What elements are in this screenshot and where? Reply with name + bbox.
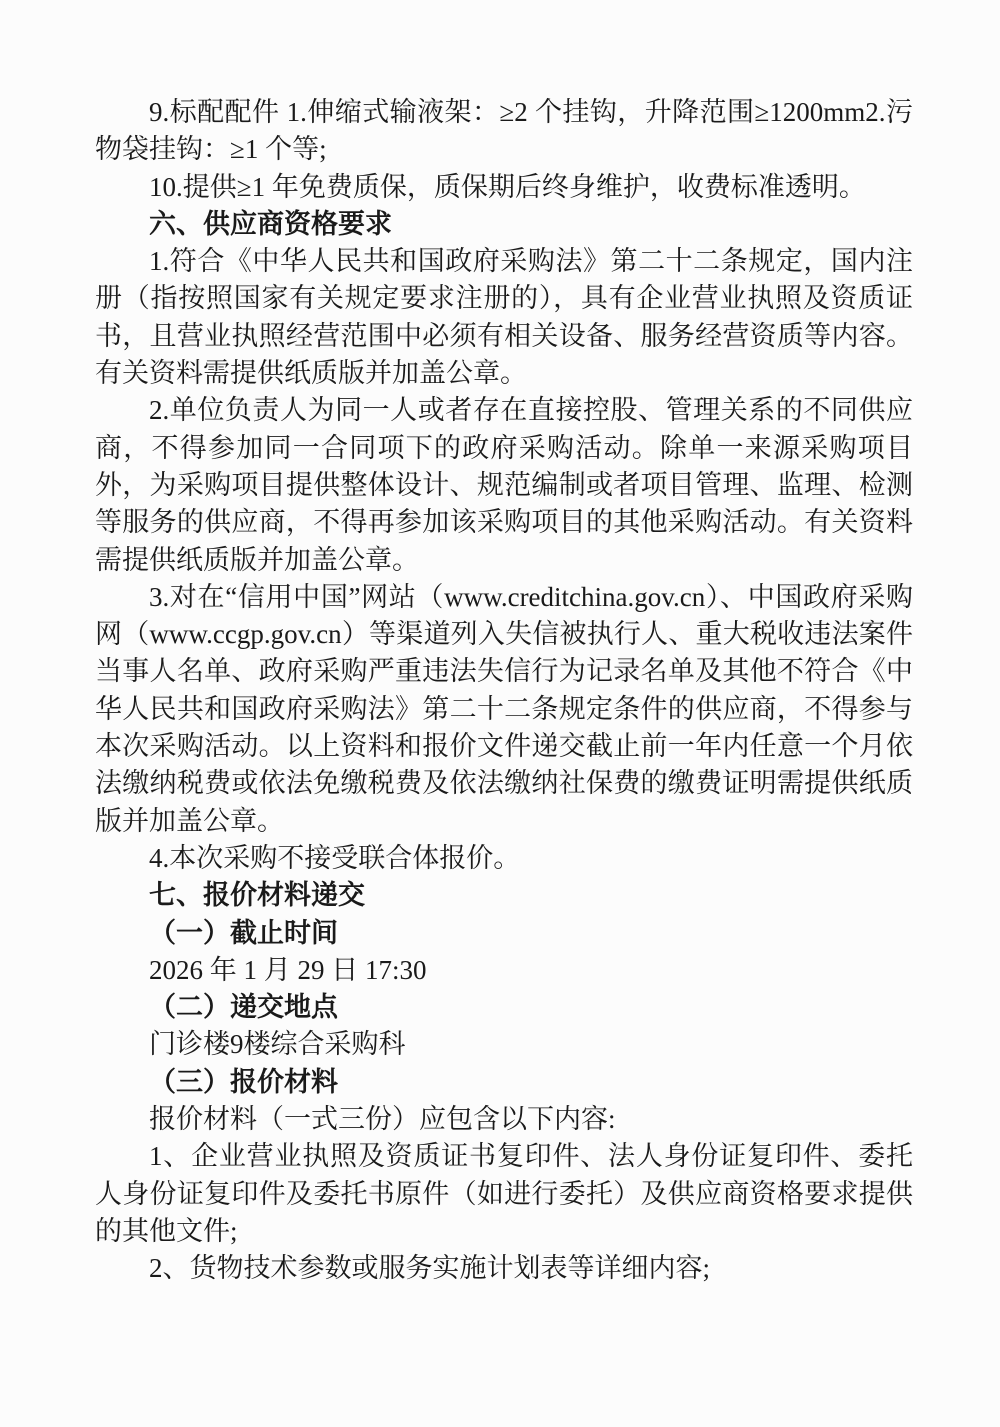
- paragraph: 3.对在“信用中国”网站（www.creditchina.gov.cn）、中国政…: [95, 579, 913, 840]
- paragraph: 10.提供≥1 年免费质保，质保期后终身维护，收费标准透明。: [95, 169, 913, 206]
- paragraph: 2.单位负责人为同一人或者存在直接控股、管理关系的不同供应商，不得参加同一合同项…: [95, 392, 913, 578]
- document-page: 9.标配配件 1.伸缩式输液架：≥2 个挂钩，升降范围≥1200mm2.污物袋挂…: [0, 0, 1000, 1427]
- document-body: 9.标配配件 1.伸缩式输液架：≥2 个挂钩，升降范围≥1200mm2.污物袋挂…: [95, 94, 913, 1288]
- paragraph: 门诊楼9楼综合采购科: [95, 1026, 913, 1063]
- paragraph: 9.标配配件 1.伸缩式输液架：≥2 个挂钩，升降范围≥1200mm2.污物袋挂…: [95, 94, 913, 169]
- paragraph: 2、货物技术参数或服务实施计划表等详细内容;: [95, 1250, 913, 1287]
- heading: 七、报价材料递交: [95, 877, 913, 914]
- heading: （三）报价材料: [95, 1064, 913, 1101]
- heading: （二）递交地点: [95, 989, 913, 1026]
- paragraph: 4.本次采购不接受联合体报价。: [95, 840, 913, 877]
- heading: 六、供应商资格要求: [95, 206, 913, 243]
- paragraph: 1、企业营业执照及资质证书复印件、法人身份证复印件、委托人身份证复印件及委托书原…: [95, 1138, 913, 1250]
- paragraph: 报价材料（一式三份）应包含以下内容:: [95, 1101, 913, 1138]
- heading: （一）截止时间: [95, 915, 913, 952]
- paragraph: 2026 年 1 月 29 日 17:30: [95, 952, 913, 989]
- paragraph: 1.符合《中华人民共和国政府采购法》第二十二条规定，国内注册（指按照国家有关规定…: [95, 243, 913, 392]
